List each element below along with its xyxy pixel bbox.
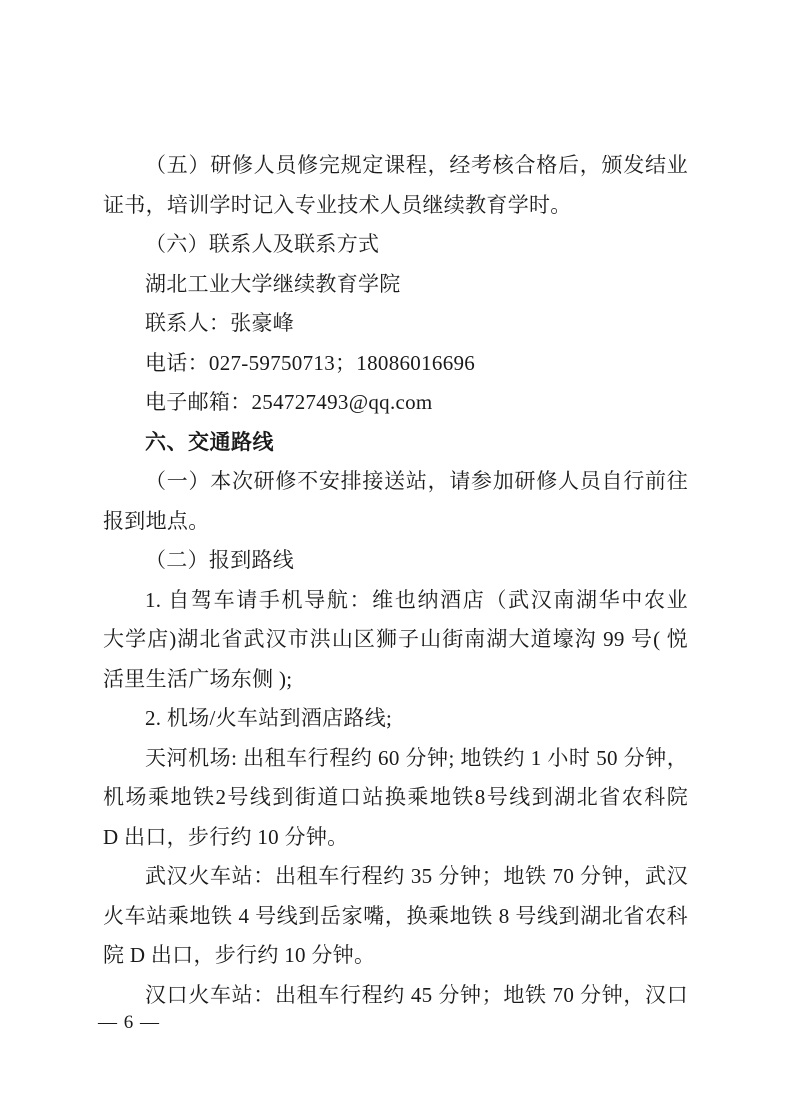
para-certificate-line-2: 证书，培训学时记入专业技术人员继续教育学时。 xyxy=(103,186,688,226)
para-tianhe-airport-line-3: D 出口，步行约 10 分钟。 xyxy=(103,818,688,858)
para-transit-heading: 2. 机场/火车站到酒店路线; xyxy=(103,699,688,739)
section-heading-traffic-route: 六、交通路线 xyxy=(103,423,688,463)
para-checkin-route-heading: （二）报到路线 xyxy=(103,541,688,581)
para-email: 电子邮箱：254727493@qq.com xyxy=(103,383,688,423)
para-no-shuttle-line-2: 报到地点。 xyxy=(103,502,688,542)
para-driving-navigation-line-1: 1. 自驾车请手机导航：维也纳酒店（武汉南湖华中农业 xyxy=(103,581,688,621)
para-wuhan-station-line-2: 火车站乘地铁 4 号线到岳家嘴，换乘地铁 8 号线到湖北省农科 xyxy=(103,897,688,937)
para-tianhe-airport-line-2: 机场乘地铁2号线到街道口站换乘地铁8号线到湖北省农科院 xyxy=(103,778,688,818)
para-driving-navigation-line-3: 活里生活广场东侧 ); xyxy=(103,660,688,700)
para-hankou-station: 汉口火车站：出租车行程约 45 分钟；地铁 70 分钟，汉口 xyxy=(103,976,688,1016)
para-wuhan-station-line-3: 院 D 出口，步行约 10 分钟。 xyxy=(103,936,688,976)
para-contact-heading: （六）联系人及联系方式 xyxy=(103,225,688,265)
para-driving-navigation-line-2: 大学店)湖北省武汉市洪山区狮子山街南湖大道壕沟 99 号( 悦 xyxy=(103,620,688,660)
para-no-shuttle-line-1: （一）本次研修不安排接送站，请参加研修人员自行前往 xyxy=(103,462,688,502)
para-contact-person: 联系人：张豪峰 xyxy=(103,304,688,344)
document-body: （五）研修人员修完规定课程，经考核合格后，颁发结业证书，培训学时记入专业技术人员… xyxy=(103,146,688,1015)
para-phone: 电话：027-59750713；18086016696 xyxy=(103,344,688,384)
para-organization: 湖北工业大学继续教育学院 xyxy=(103,265,688,305)
para-wuhan-station-line-1: 武汉火车站：出租车行程约 35 分钟；地铁 70 分钟，武汉 xyxy=(103,857,688,897)
document-page: （五）研修人员修完规定课程，经考核合格后，颁发结业证书，培训学时记入专业技术人员… xyxy=(0,0,791,1116)
page-number: — 6 — xyxy=(98,1011,160,1035)
para-tianhe-airport-line-1: 天河机场: 出租车行程约 60 分钟; 地铁约 1 小时 50 分钟， xyxy=(103,739,688,779)
para-certificate-line-1: （五）研修人员修完规定课程，经考核合格后，颁发结业 xyxy=(103,146,688,186)
